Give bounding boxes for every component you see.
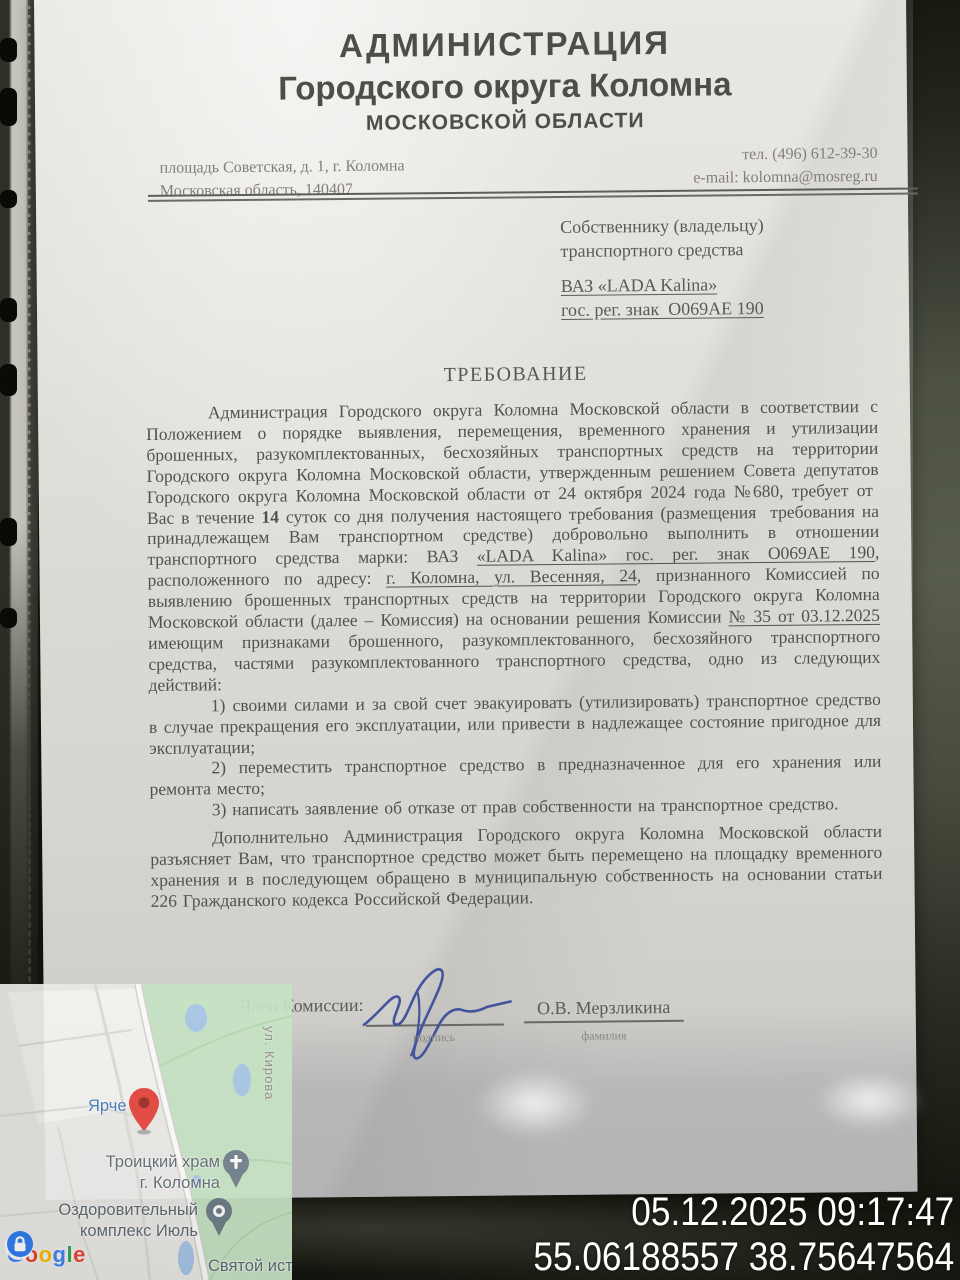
binder-hole <box>0 38 17 62</box>
photo-of-document: { "letterhead": { "org_line1": "АДМИНИСТ… <box>0 0 960 1280</box>
org-name-line3: МОСКОВСКОЙ ОБЛАСТИ <box>105 104 905 142</box>
smudge <box>814 1070 925 1131</box>
letterhead: АДМИНИСТРАЦИЯ Городского округа Коломна … <box>104 20 905 142</box>
binder-strip <box>0 0 38 1000</box>
list-item-1: 1) своими силами и за свой счет эвакуиро… <box>149 689 882 759</box>
map-label-church: Троицкий храм г. Коломна <box>58 1152 220 1194</box>
handwritten-signature <box>355 959 521 1066</box>
church-pin-icon <box>220 1148 252 1190</box>
paragraph-main: Администрация Городского округа Коломна … <box>146 396 881 696</box>
recipient-line2: транспортного средства <box>560 237 764 263</box>
document-body: Администрация Городского округа Коломна … <box>146 396 883 912</box>
resort-pin-icon <box>203 1196 235 1238</box>
document-title: ТРЕБОВАНИЕ <box>146 360 886 390</box>
signature-caption: подпись <box>384 1030 484 1046</box>
map-marker-icon <box>126 1086 162 1136</box>
lock-icon <box>5 1230 35 1260</box>
binder-hole <box>0 190 17 208</box>
map-label-resort-line2: комплекс Июль <box>30 1221 198 1242</box>
gps-datetime: 05.12.2025 09:17:47 <box>533 1190 954 1235</box>
org-phone: тел. (496) 612-39-30 <box>693 142 878 167</box>
map-label-resort-line1: Оздоровительный <box>30 1200 198 1221</box>
map-overlay: Ярче Троицкий храм г. Коломна Оздоровите… <box>0 984 292 1280</box>
vehicle-name: ВАЗ «LADA Kalina» <box>561 272 765 298</box>
gps-overlay: 05.12.2025 09:17:47 55.06188557 38.75647… <box>533 1190 954 1280</box>
list-item-2: 2) переместить транспортное средство в п… <box>149 751 881 800</box>
map-label-church-line1: Троицкий храм <box>58 1152 220 1173</box>
binder-hole <box>0 298 17 322</box>
map-street-label: ул. Кирова <box>262 1026 277 1116</box>
signer-name: О.В. Мерзликина <box>524 997 684 1024</box>
vehicle-plate: гос. рег. знак О069АЕ 190 <box>561 296 765 322</box>
map-label-yarche: Ярче <box>88 1096 127 1117</box>
paragraph-additional: Дополнительно Администрация Городского о… <box>150 821 883 912</box>
name-caption: фамилия <box>554 1028 654 1044</box>
recipient-block: Собственнику (владельцу) транспортного с… <box>560 213 765 322</box>
binder-hole <box>0 364 17 396</box>
gps-coordinates: 55.06188557 38.75647564 <box>533 1235 954 1280</box>
org-contacts: тел. (496) 612-39-30 e-mail: kolomna@mos… <box>693 142 878 190</box>
binder-hole <box>0 608 17 628</box>
recipient-line1: Собственнику (владельцу) <box>560 213 764 239</box>
smudge <box>474 1068 595 1139</box>
org-email: e-mail: kolomna@mosreg.ru <box>693 165 878 190</box>
map-label-spring: Святой ист <box>208 1256 292 1277</box>
sleeve-seam <box>28 0 31 1000</box>
binder-hole <box>0 88 17 126</box>
binder-hole <box>0 518 17 546</box>
org-address-line1: площадь Советская, д. 1, г. Коломна <box>160 154 405 179</box>
map-label-resort: Оздоровительный комплекс Июль <box>30 1200 198 1242</box>
map-label-church-line2: г. Коломна <box>58 1173 220 1194</box>
